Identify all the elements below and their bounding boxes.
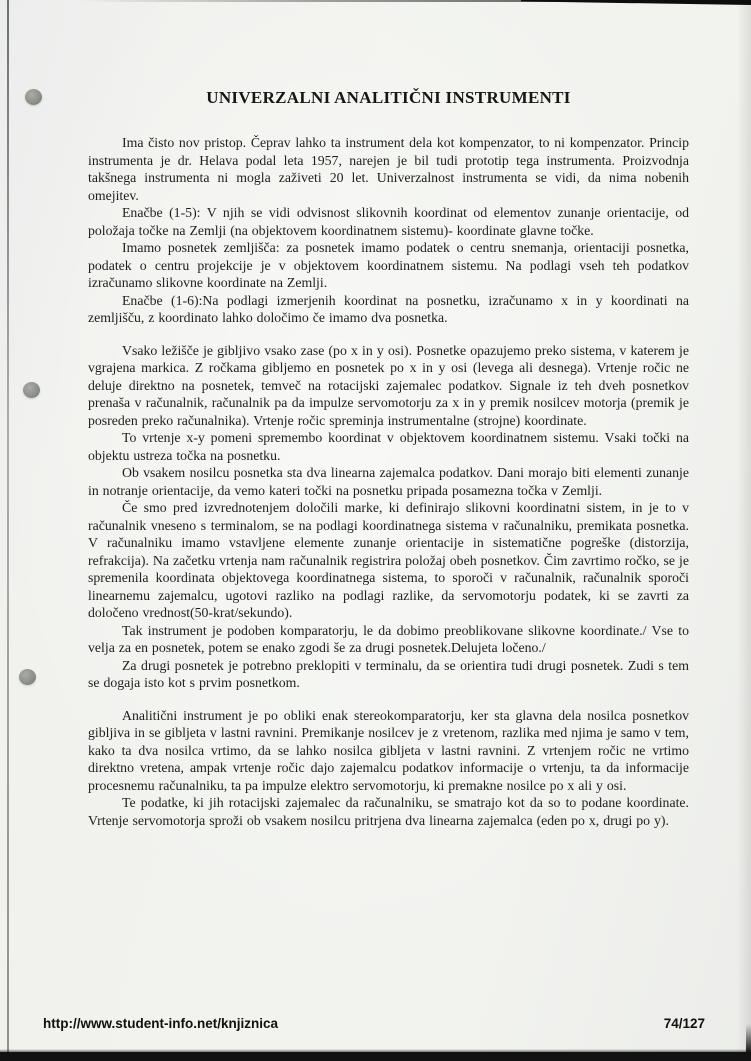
scan-edge-top-wedge [521, 0, 751, 5]
paragraph: Če smo pred izvrednotenjem določili mark… [88, 499, 689, 622]
page-number: 74/127 [664, 1016, 705, 1031]
document-body: UNIVERZALNI ANALITIČNI INSTRUMENTI Ima č… [88, 88, 689, 829]
paragraph: Tak instrument je podoben komparatorju, … [88, 622, 689, 657]
scan-shadow-right [737, 0, 751, 1061]
paragraph: Imamo posnetek zemljišča: za posnetek im… [88, 239, 689, 292]
paragraph: Ima čisto nov pristop. Čeprav lahko ta i… [88, 134, 689, 204]
paragraph: Enačbe (1-6):Na podlagi izmerjenih koord… [88, 292, 689, 327]
scan-edge-left [7, 0, 9, 1061]
paragraph: Ob vsakem nosilcu posnetka sta dva linea… [88, 464, 689, 499]
page-footer: http://www.student-info.net/knjiznica 74… [43, 1016, 705, 1031]
paragraph: Te podatke, ki jih rotacijski zajemalec … [88, 794, 689, 829]
footer-url: http://www.student-info.net/knjiznica [43, 1016, 278, 1031]
hole-punch [23, 382, 40, 398]
scan-edge-right-bottom [746, 1024, 751, 1052]
paragraph: To vrtenje x-y pomeni spremembo koordina… [88, 429, 689, 464]
paragraph: Enačbe (1-5): V njih se vidi odvisnost s… [88, 204, 689, 239]
paragraph: Analitični instrument je po obliki enak … [88, 707, 689, 795]
paragraph: Vsako ležišče je gibljivo vsako zase (po… [88, 342, 689, 430]
hole-punch [25, 89, 42, 105]
scan-edge-bottom [0, 1052, 751, 1061]
paragraph: Za drugi posnetek je potrebno preklopiti… [88, 657, 689, 692]
scanned-document-page: UNIVERZALNI ANALITIČNI INSTRUMENTI Ima č… [0, 0, 751, 1061]
page-title: UNIVERZALNI ANALITIČNI INSTRUMENTI [88, 88, 689, 108]
hole-punch [19, 669, 36, 685]
